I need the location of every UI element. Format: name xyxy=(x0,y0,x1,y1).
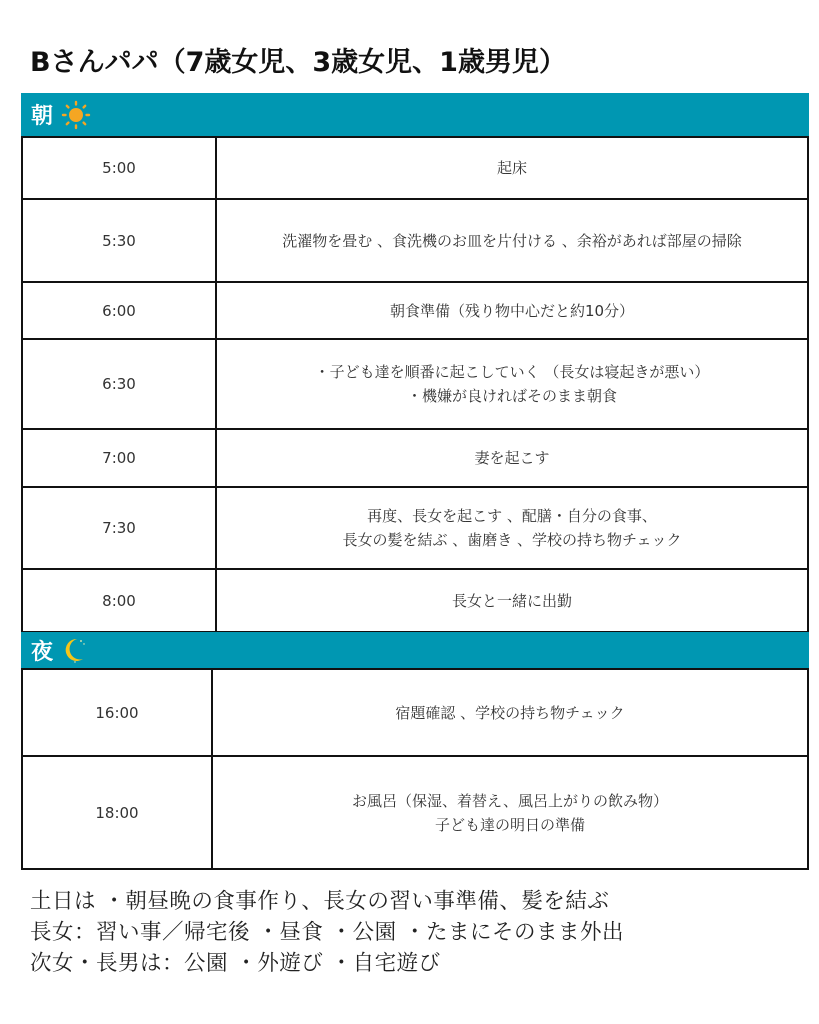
moon-icon xyxy=(61,636,87,664)
table-row: 16:00 宿題確認 、学校の持ち物チェック xyxy=(22,669,808,756)
night-section-header: 夜 xyxy=(21,632,809,668)
activity-line: ・機嫌が良ければそのまま朝食 xyxy=(223,384,801,408)
time-cell: 8:00 xyxy=(22,569,216,632)
table-row: 7:00 妻を起こす xyxy=(22,429,808,487)
table-row: 6:00 朝食準備（残り物中心だと約10分） xyxy=(22,282,808,339)
table-row: 6:30 ・子ども達を順番に起こしていく （長女は寝起きが悪い） ・機嫌が良けれ… xyxy=(22,339,808,429)
time-cell: 7:00 xyxy=(22,429,216,487)
night-schedule-table: 16:00 宿題確認 、学校の持ち物チェック 18:00 お風呂（保湿、着替え、… xyxy=(21,668,809,870)
activity-cell: 洗濯物を畳む 、食洗機のお皿を片付ける 、余裕があれば部屋の掃除 xyxy=(216,199,808,282)
activity-cell: 朝食準備（残り物中心だと約10分） xyxy=(216,282,808,339)
activity-cell: お風呂（保湿、着替え、風呂上がりの飲み物） 子ども達の明日の準備 xyxy=(212,756,808,869)
activity-cell: 長女と一緒に出勤 xyxy=(216,569,808,632)
activity-line: 朝食準備（残り物中心だと約10分） xyxy=(223,299,801,323)
morning-schedule-table: 5:00 起床 5:30 洗濯物を畳む 、食洗機のお皿を片付ける 、余裕があれば… xyxy=(21,136,809,633)
note-line: 長女：習い事／帰宅後 ・昼食 ・公園 ・たまにそのまま外出 xyxy=(30,917,624,948)
time-cell: 6:30 xyxy=(22,339,216,429)
activity-cell: 再度、長女を起こす 、配膳・自分の食事、 長女の髪を結ぶ 、歯磨き 、学校の持ち… xyxy=(216,487,808,569)
night-label: 夜 xyxy=(31,635,53,666)
table-row: 5:00 起床 xyxy=(22,137,808,199)
note-line: 次女・長男は：公園 ・外遊び ・自宅遊び xyxy=(30,948,624,979)
activity-line: お風呂（保湿、着替え、風呂上がりの飲み物） xyxy=(219,789,801,813)
table-row: 8:00 長女と一緒に出勤 xyxy=(22,569,808,632)
activity-line: 長女の髪を結ぶ 、歯磨き 、学校の持ち物チェック xyxy=(223,528,801,552)
page-title: Bさんパパ（7歳女児、3歳女児、1歳男児） xyxy=(30,40,566,79)
sun-icon xyxy=(61,100,91,130)
activity-line: 長女と一緒に出勤 xyxy=(223,589,801,613)
activity-cell: 宿題確認 、学校の持ち物チェック xyxy=(212,669,808,756)
table-row: 7:30 再度、長女を起こす 、配膳・自分の食事、 長女の髪を結ぶ 、歯磨き 、… xyxy=(22,487,808,569)
activity-line: 洗濯物を畳む 、食洗機のお皿を片付ける 、余裕があれば部屋の掃除 xyxy=(223,229,801,253)
morning-label: 朝 xyxy=(31,99,53,130)
time-cell: 5:00 xyxy=(22,137,216,199)
table-row: 5:30 洗濯物を畳む 、食洗機のお皿を片付ける 、余裕があれば部屋の掃除 xyxy=(22,199,808,282)
activity-line: 子ども達の明日の準備 xyxy=(219,813,801,837)
morning-section-header: 朝 xyxy=(21,93,809,136)
activity-cell: ・子ども達を順番に起こしていく （長女は寝起きが悪い） ・機嫌が良ければそのまま… xyxy=(216,339,808,429)
activity-line: 再度、長女を起こす 、配膳・自分の食事、 xyxy=(223,504,801,528)
activity-line: 妻を起こす xyxy=(223,446,801,470)
activity-cell: 起床 xyxy=(216,137,808,199)
activity-line: 起床 xyxy=(223,156,801,180)
time-cell: 7:30 xyxy=(22,487,216,569)
time-cell: 16:00 xyxy=(22,669,212,756)
table-row: 18:00 お風呂（保湿、着替え、風呂上がりの飲み物） 子ども達の明日の準備 xyxy=(22,756,808,869)
time-cell: 5:30 xyxy=(22,199,216,282)
activity-line: ・子ども達を順番に起こしていく （長女は寝起きが悪い） xyxy=(223,360,801,384)
time-cell: 18:00 xyxy=(22,756,212,869)
weekend-notes: 土日は ・朝昼晩の食事作り、長女の習い事準備、髪を結ぶ 長女：習い事／帰宅後 ・… xyxy=(30,886,624,979)
note-line: 土日は ・朝昼晩の食事作り、長女の習い事準備、髪を結ぶ xyxy=(30,886,624,917)
activity-line: 宿題確認 、学校の持ち物チェック xyxy=(219,701,801,725)
activity-cell: 妻を起こす xyxy=(216,429,808,487)
time-cell: 6:00 xyxy=(22,282,216,339)
